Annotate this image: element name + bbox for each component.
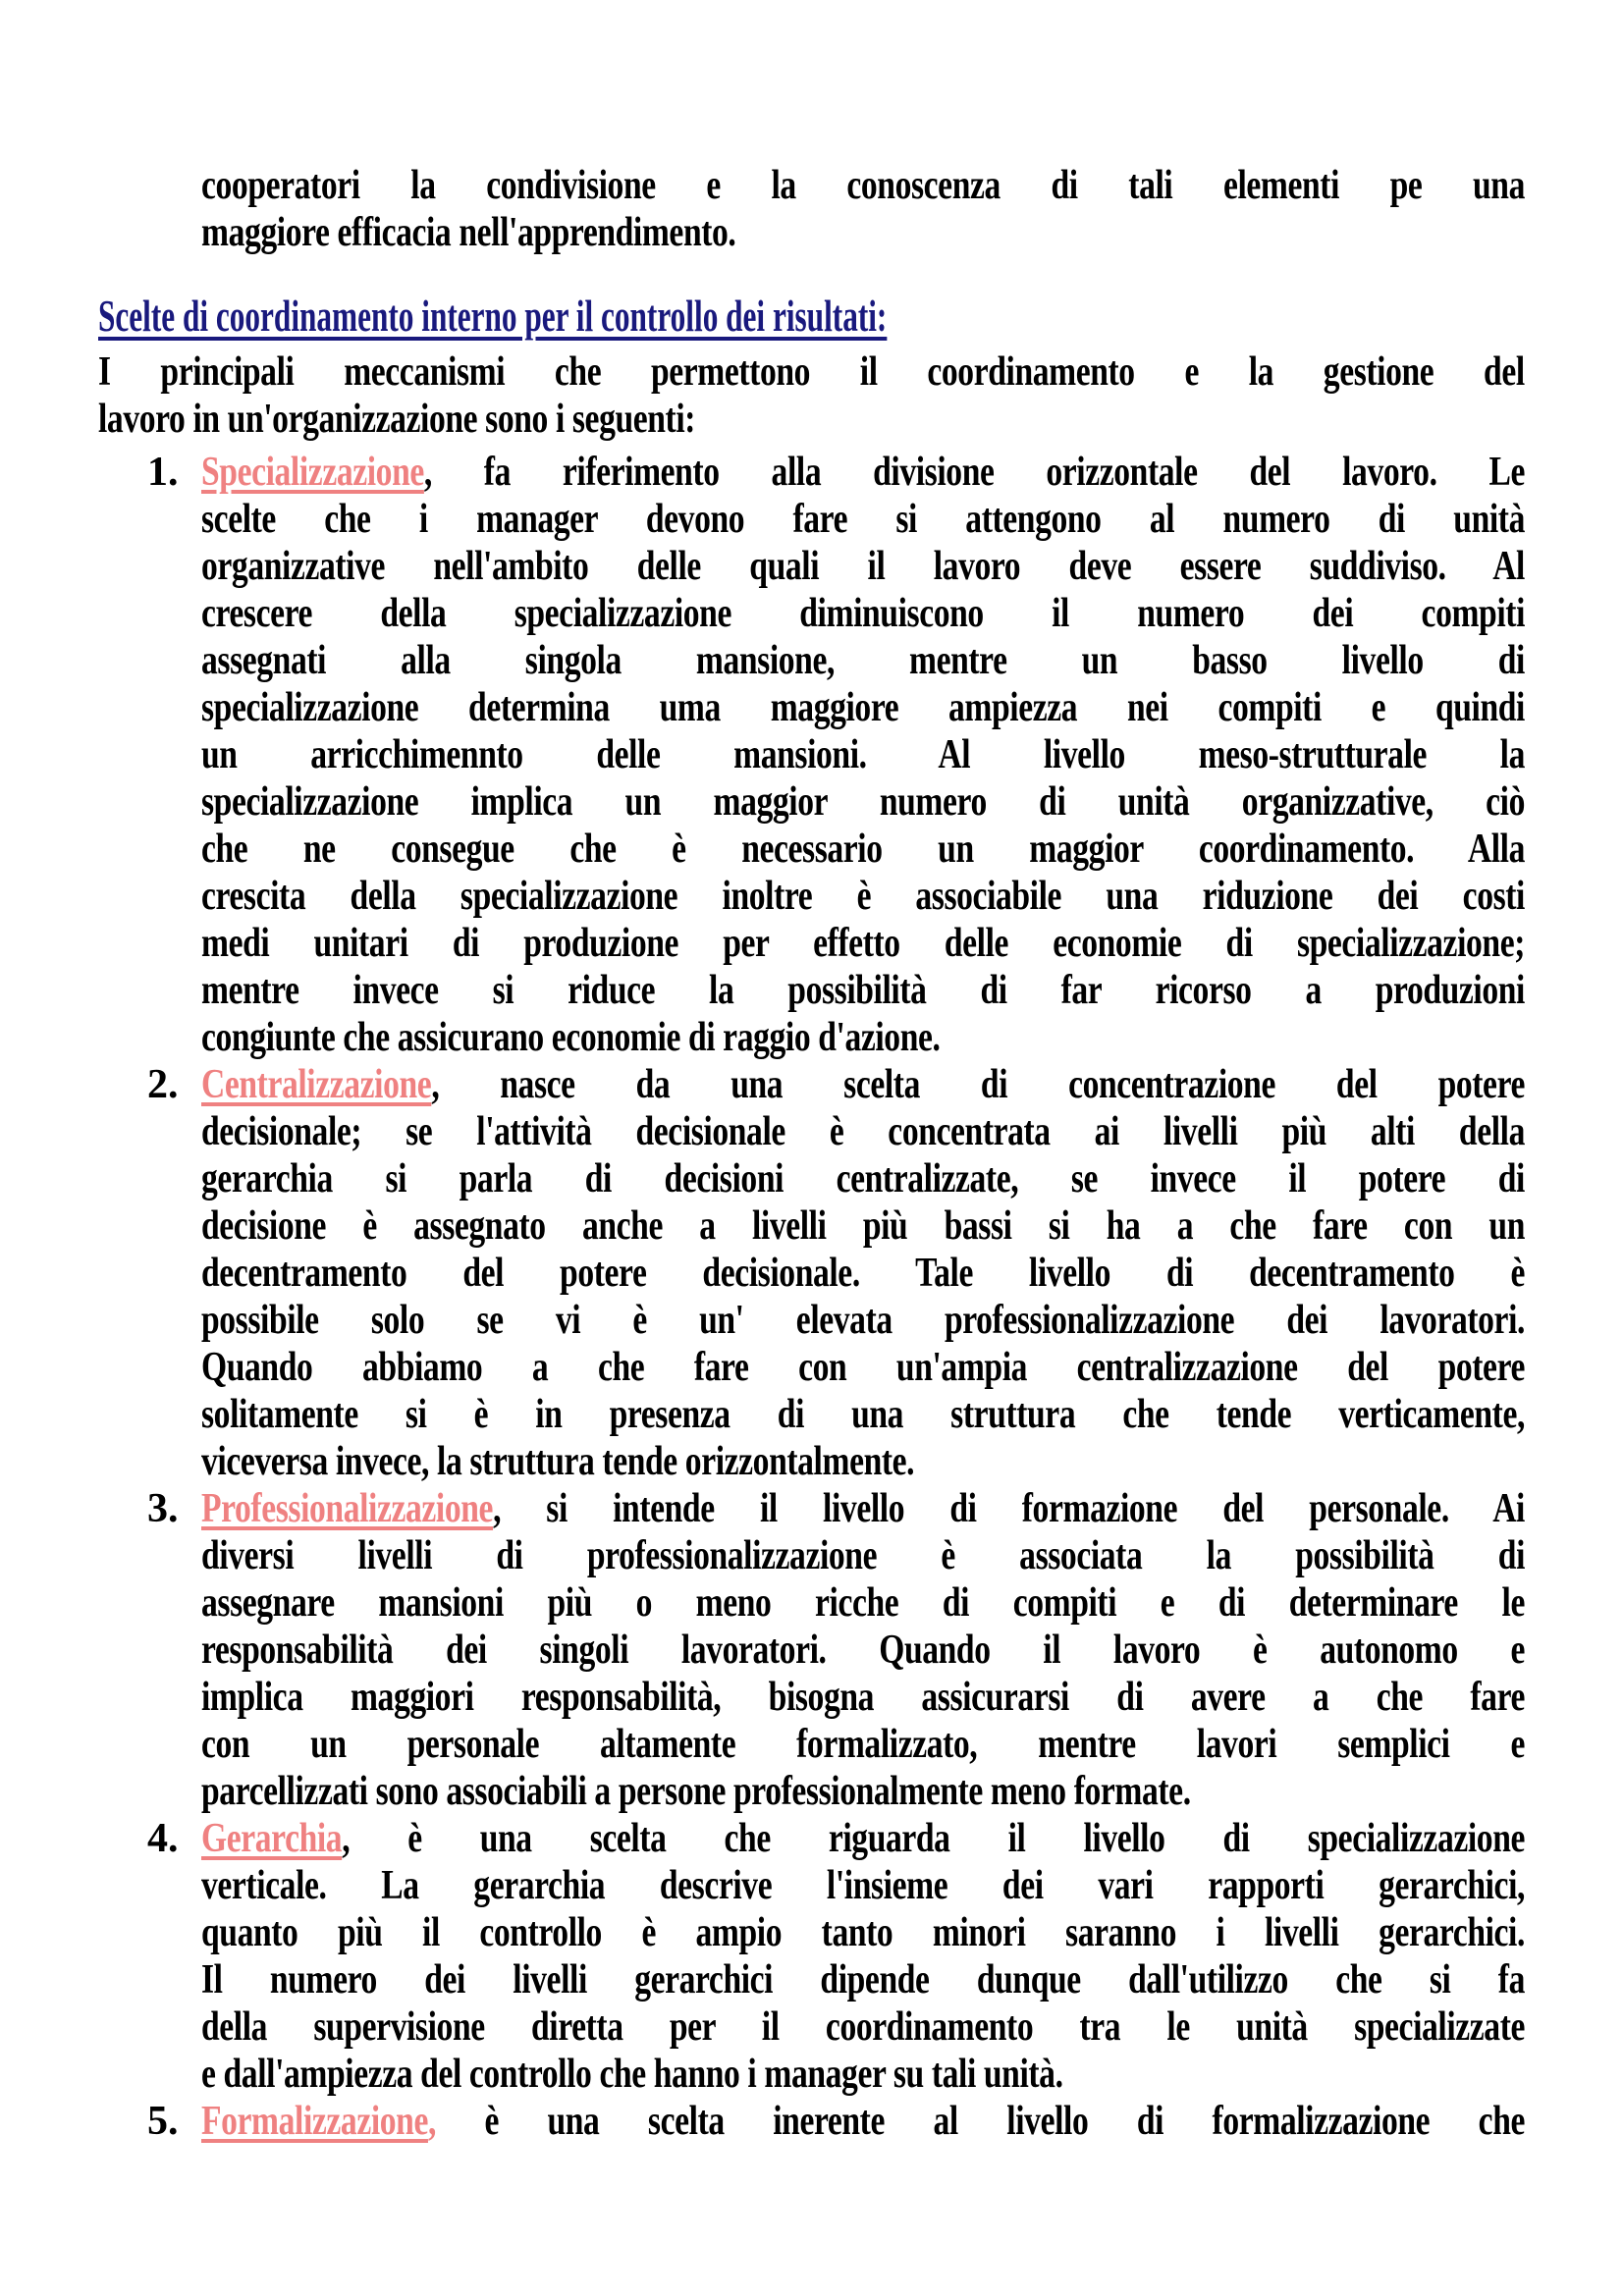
keyword-term: Professionalizzazione (201, 1486, 493, 1531)
text-line: Professionalizzazione, si intende il liv… (201, 1485, 1525, 1532)
list-item: 2.Centralizzazione, nasce da una scelta … (98, 1061, 1525, 1485)
text-line: Specializzazione, fa riferimento alla di… (201, 449, 1525, 496)
text-line: e dall'ampiezza del controllo che hanno … (201, 2051, 1525, 2098)
text-line: decisione è assegnato anche a livelli pi… (201, 1202, 1525, 1250)
list-item: 5.Formalizzazione, è una scelta inerente… (98, 2098, 1525, 2145)
first-line-rest: si intende il livello di formazione del … (501, 1486, 1525, 1531)
text-line: Gerarchia, è una scelta che riguarda il … (201, 1815, 1525, 1862)
text-line: con un personale altamente formalizzato,… (201, 1721, 1525, 1768)
list-item-number: 5. (147, 2098, 179, 2145)
keyword-term: Gerarchia (201, 1816, 342, 1861)
section-heading: Scelte di coordinamento interno per il c… (98, 291, 887, 342)
text-line: congiunte che assicurano economie di rag… (201, 1014, 1525, 1061)
text-line: medi unitari di produzione per effetto d… (201, 920, 1525, 967)
text-line: Quando abbiamo a che fare con un'ampia c… (201, 1344, 1525, 1391)
text-line: Centralizzazione, nasce da una scelta di… (201, 1061, 1525, 1108)
text-line: crescita della specializzazione inoltre … (201, 873, 1525, 920)
text-line: lavoro in un'organizzazione sono i segue… (98, 396, 1525, 443)
document-page: cooperatori la condivisione e la conosce… (0, 0, 1623, 2296)
keyword-term: Centralizzazione (201, 1062, 431, 1107)
list-item: 1.Specializzazione, fa riferimento alla … (98, 449, 1525, 1061)
text-line: gerarchia si parla di decisioni centrali… (201, 1155, 1525, 1202)
list-item-number: 4. (147, 1815, 179, 1862)
text-line: assegnati alla singola mansione, mentre … (201, 637, 1525, 684)
text-line: maggiore efficacia nell'apprendimento. (201, 209, 1525, 256)
mechanisms-list: 1.Specializzazione, fa riferimento alla … (98, 449, 1525, 2145)
text-line: cooperatori la condivisione e la conosce… (201, 162, 1525, 209)
keyword-term: Specializzazione (201, 450, 424, 495)
text-line: assegnare mansioni più o meno ricche di … (201, 1579, 1525, 1627)
text-line: viceversa invece, la struttura tende ori… (201, 1438, 1525, 1485)
text-line: diversi livelli di professionalizzazione… (201, 1532, 1525, 1579)
text-line: solitamente si è in presenza di una stru… (201, 1391, 1525, 1438)
list-item-number: 3. (147, 1485, 179, 1532)
text-line: Formalizzazione, è una scelta inerente a… (201, 2098, 1525, 2145)
text-line: responsabilità dei singoli lavoratori. Q… (201, 1627, 1525, 1674)
text-line: crescere della specializzazione diminuis… (201, 590, 1525, 637)
lead-paragraph: I principali meccanismi che permettono i… (98, 348, 1623, 443)
text-line: implica maggiori responsabilità, bisogna… (201, 1674, 1525, 1721)
keyword-separator: , (424, 450, 432, 495)
first-line-rest: nasce da una scelta di concentrazione de… (439, 1062, 1525, 1107)
keyword-term: Formalizzazione (201, 2099, 428, 2144)
text-line: quanto più il controllo è ampio tanto mi… (201, 1909, 1525, 1956)
text-line: parcellizzati sono associabili a persone… (201, 1768, 1525, 1815)
first-line-rest: fa riferimento alla divisione orizzontal… (432, 450, 1525, 495)
keyword-separator: , (431, 1062, 439, 1107)
text-line: specializzazione determina uma maggiore … (201, 684, 1525, 731)
text-line: decentramento del potere decisionale. Ta… (201, 1250, 1525, 1297)
text-line: scelte che i manager devono fare si atte… (201, 496, 1525, 543)
text-line: della supervisione diretta per il coordi… (201, 2003, 1525, 2051)
text-line: che ne consegue che è necessario un magg… (201, 826, 1525, 873)
list-item: 3.Professionalizzazione, si intende il l… (98, 1485, 1525, 1815)
text-line: un arricchimennto delle mansioni. Al liv… (201, 731, 1525, 778)
text-line: decisionale; se l'attività decisionale è… (201, 1108, 1525, 1155)
first-line-rest: è una scelta inerente al livello di form… (436, 2099, 1525, 2144)
text-line: verticale. La gerarchia descrive l'insie… (201, 1862, 1525, 1909)
list-item: 4.Gerarchia, è una scelta che riguarda i… (98, 1815, 1525, 2098)
text-line: specializzazione implica un maggior nume… (201, 778, 1525, 826)
text-line: possibile solo se vi è un' elevata profe… (201, 1297, 1525, 1344)
keyword-separator: , (342, 1816, 350, 1861)
first-line-rest: è una scelta che riguarda il livello di … (350, 1816, 1525, 1861)
text-line: Il numero dei livelli gerarchici dipende… (201, 1956, 1525, 2003)
list-item-number: 2. (147, 1061, 179, 1108)
text-line: organizzative nell'ambito delle quali il… (201, 543, 1525, 590)
text-line: mentre invece si riduce la possibilità d… (201, 967, 1525, 1014)
intro-paragraph: cooperatori la condivisione e la conosce… (201, 162, 1623, 256)
list-item-number: 1. (147, 449, 179, 496)
text-line: I principali meccanismi che permettono i… (98, 348, 1525, 396)
keyword-separator: , (428, 2099, 436, 2144)
